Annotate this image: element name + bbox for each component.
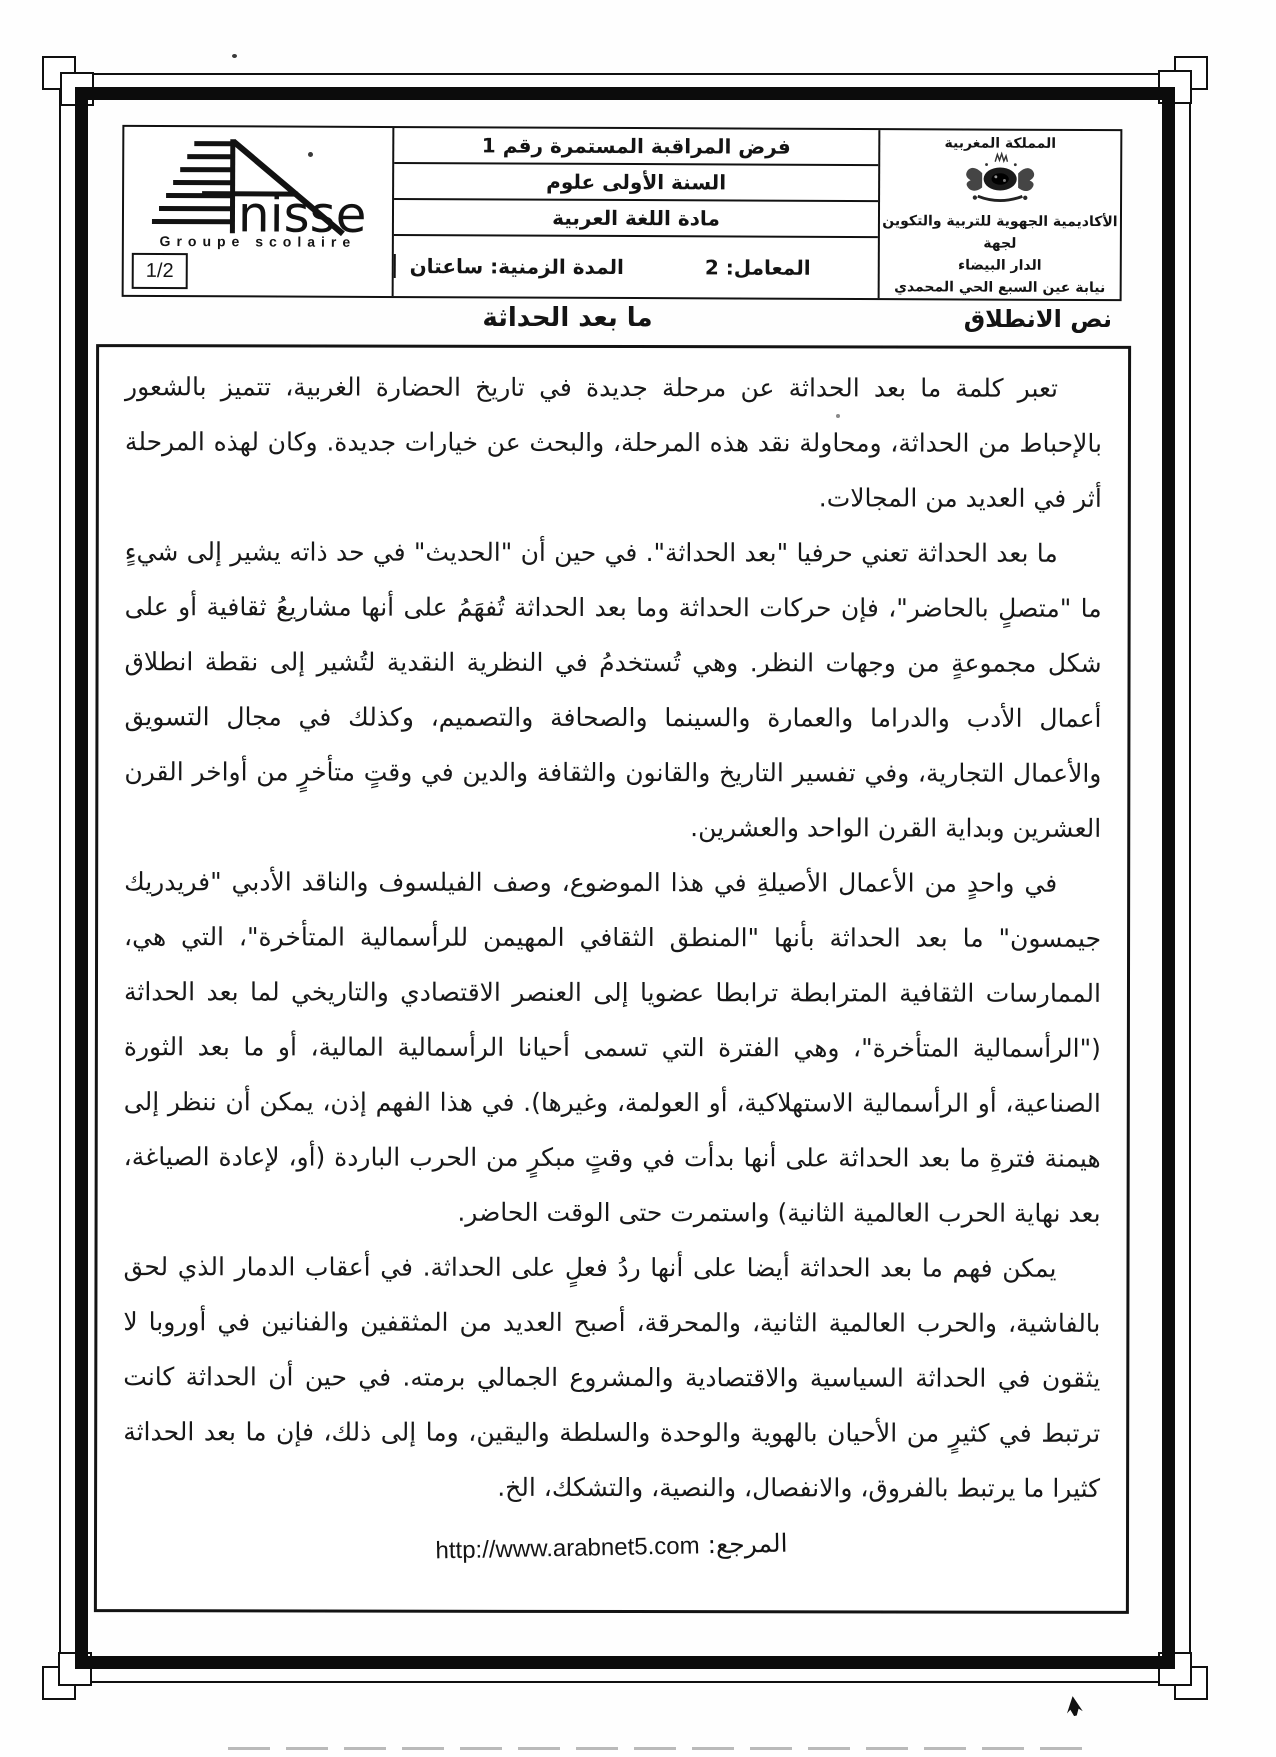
section-label: نص الانطلاق	[964, 305, 1112, 333]
scanned-exam-page: nisse Groupe scolaire 1/2 فرض المراقبة ا…	[0, 0, 1276, 1757]
source-text-box: تعبر كلمة ما بعد الحداثة عن مرحلة جديدة …	[94, 344, 1131, 1614]
exam-title: فرض المراقبة المستمرة رقم 1	[394, 128, 878, 166]
moroccan-coat-of-arms-icon	[941, 151, 1059, 211]
document-title: ما بعد الحداثة	[482, 303, 652, 333]
grade-level: السنة الأولى علوم	[394, 164, 878, 202]
anisse-logo-icon: nisse	[142, 135, 374, 240]
duration-cell: المدة الزمنية: ساعتان	[394, 254, 638, 279]
official-authority-cell: المملكة المغربية الأكاديمية الجهوية للتر…	[880, 130, 1121, 299]
coefficient-cell: المعامل: 2	[638, 255, 878, 280]
paragraph: يمكن فهم ما بعد الحداثة أيضا على أنها رد…	[123, 1239, 1100, 1516]
logo-subtitle: Groupe scolaire	[124, 233, 392, 250]
sheet-number-badge: 1/2	[132, 253, 188, 289]
kingdom-title: المملكة المغربية	[944, 135, 1056, 151]
scan-speck-artifact	[836, 414, 840, 418]
exam-header-table: nisse Groupe scolaire 1/2 فرض المراقبة ا…	[122, 125, 1123, 301]
coeff-duration-row: المعامل: 2 المدة الزمنية: ساعتان	[394, 236, 878, 298]
scan-speck-artifact	[232, 54, 237, 58]
paragraph: في واحدٍ من الأعمال الأصيلةِ في هذا المو…	[124, 854, 1102, 1241]
subject-name: مادة اللغة العربية	[394, 200, 878, 238]
scan-edge-line-artifact	[228, 1747, 1096, 1750]
school-logo-cell: nisse Groupe scolaire 1/2	[124, 127, 393, 296]
paragraph: ما بعد الحداثة تعني حرفيا "بعد الحداثة".…	[124, 524, 1102, 856]
paragraph: تعبر كلمة ما بعد الحداثة عن مرحلة جديدة …	[125, 359, 1102, 526]
academy-city: الدار البيضاء	[958, 254, 1042, 276]
section-row: نص الانطلاق ما بعد الحداثة	[95, 303, 1130, 343]
scan-mark-artifact	[1065, 1695, 1084, 1717]
reference-label: المرجع:	[707, 1529, 788, 1560]
scan-speck-artifact	[308, 152, 313, 157]
logo-brand-text: nisse	[238, 185, 367, 240]
reference-url: http://www.arabnet5.com	[435, 1532, 700, 1564]
exam-info-column: فرض المراقبة المستمرة رقم 1 السنة الأولى…	[392, 128, 881, 298]
reference-line: المرجع: http://www.arabnet5.com	[97, 1522, 1126, 1572]
academy-name: الأكاديمية الجهوية للتربية والتكوين لجهة	[880, 210, 1120, 255]
delegation-name: نيابة عين السبع الحي المحمدي	[894, 276, 1105, 299]
